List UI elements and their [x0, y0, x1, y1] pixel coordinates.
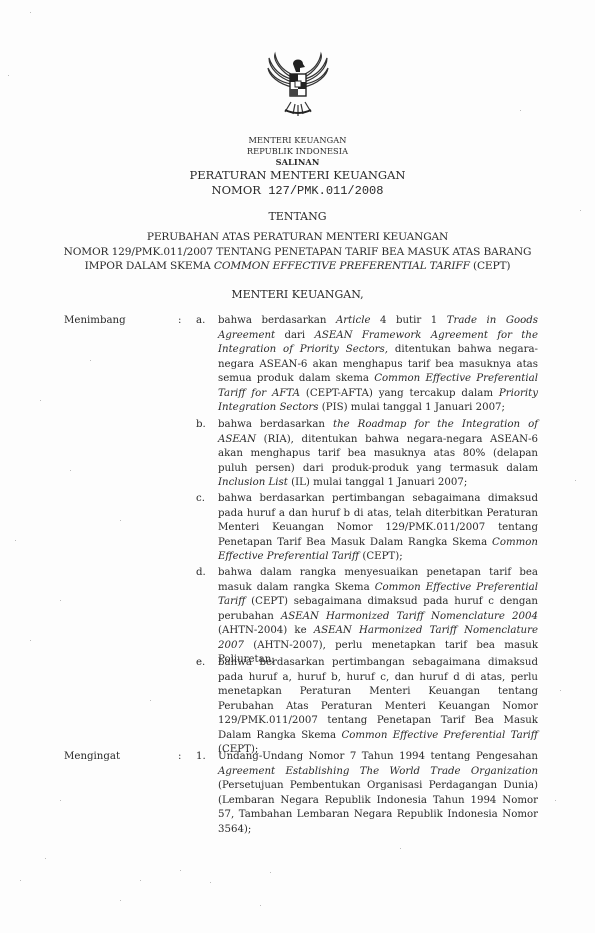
title-line-1: PERUBAHAN ATAS PERATURAN MENTERI KEUANGA…: [0, 230, 595, 244]
republic-name: REPUBLIK INDONESIA: [0, 146, 595, 157]
consideration-item-text: bahwa berdasarkan the Roadmap for the In…: [218, 418, 538, 491]
consideration-item-text: bahwa dalam rangka menyesuaikan penetapa…: [218, 566, 538, 668]
consideration-item-marker: c.: [196, 492, 205, 507]
consideration-item-text: bahwa berdasarkan pertimbangan sebagaima…: [218, 492, 538, 565]
consideration-item-text: bahwa berdasarkan Article 4 butir 1 Trad…: [218, 314, 538, 416]
consideration-item-marker: a.: [196, 314, 205, 329]
menimbang-colon: :: [178, 314, 181, 329]
number-value: 127/PMK.011/2008: [268, 184, 383, 198]
consideration-item-text: bahwa berdasarkan pertimbangan sebagaima…: [218, 656, 538, 758]
title-line-3: IMPOR DALAM SKEMA COMMON EFFECTIVE PREFE…: [0, 259, 595, 273]
regulation-number: NOMOR 127/PMK.011/2008: [0, 183, 595, 198]
legal-basis-item-text: Undang-Undang Nomor 7 Tahun 1994 tentang…: [218, 750, 538, 837]
issuer-line: MENTERI KEUANGAN,: [0, 288, 595, 301]
number-prefix: NOMOR: [212, 183, 261, 197]
consideration-item-marker: b.: [196, 418, 206, 433]
ministry-name: MENTERI KEUANGAN: [0, 135, 595, 146]
title-line-2: NOMOR 129/PMK.011/2007 TENTANG PENETAPAN…: [0, 245, 595, 259]
menimbang-label: Menimbang: [64, 314, 126, 329]
garuda-emblem-icon: [263, 50, 333, 120]
mengingat-colon: :: [178, 750, 181, 765]
mengingat-label: Mengingat: [64, 750, 120, 765]
legal-basis-item-marker: 1.: [196, 750, 206, 765]
regulation-type: PERATURAN MENTERI KEUANGAN: [0, 168, 595, 182]
tentang-heading: TENTANG: [0, 210, 595, 223]
copy-label: SALINAN: [0, 157, 595, 168]
consideration-item-marker: d.: [196, 566, 206, 581]
consideration-item-marker: e.: [196, 656, 205, 671]
